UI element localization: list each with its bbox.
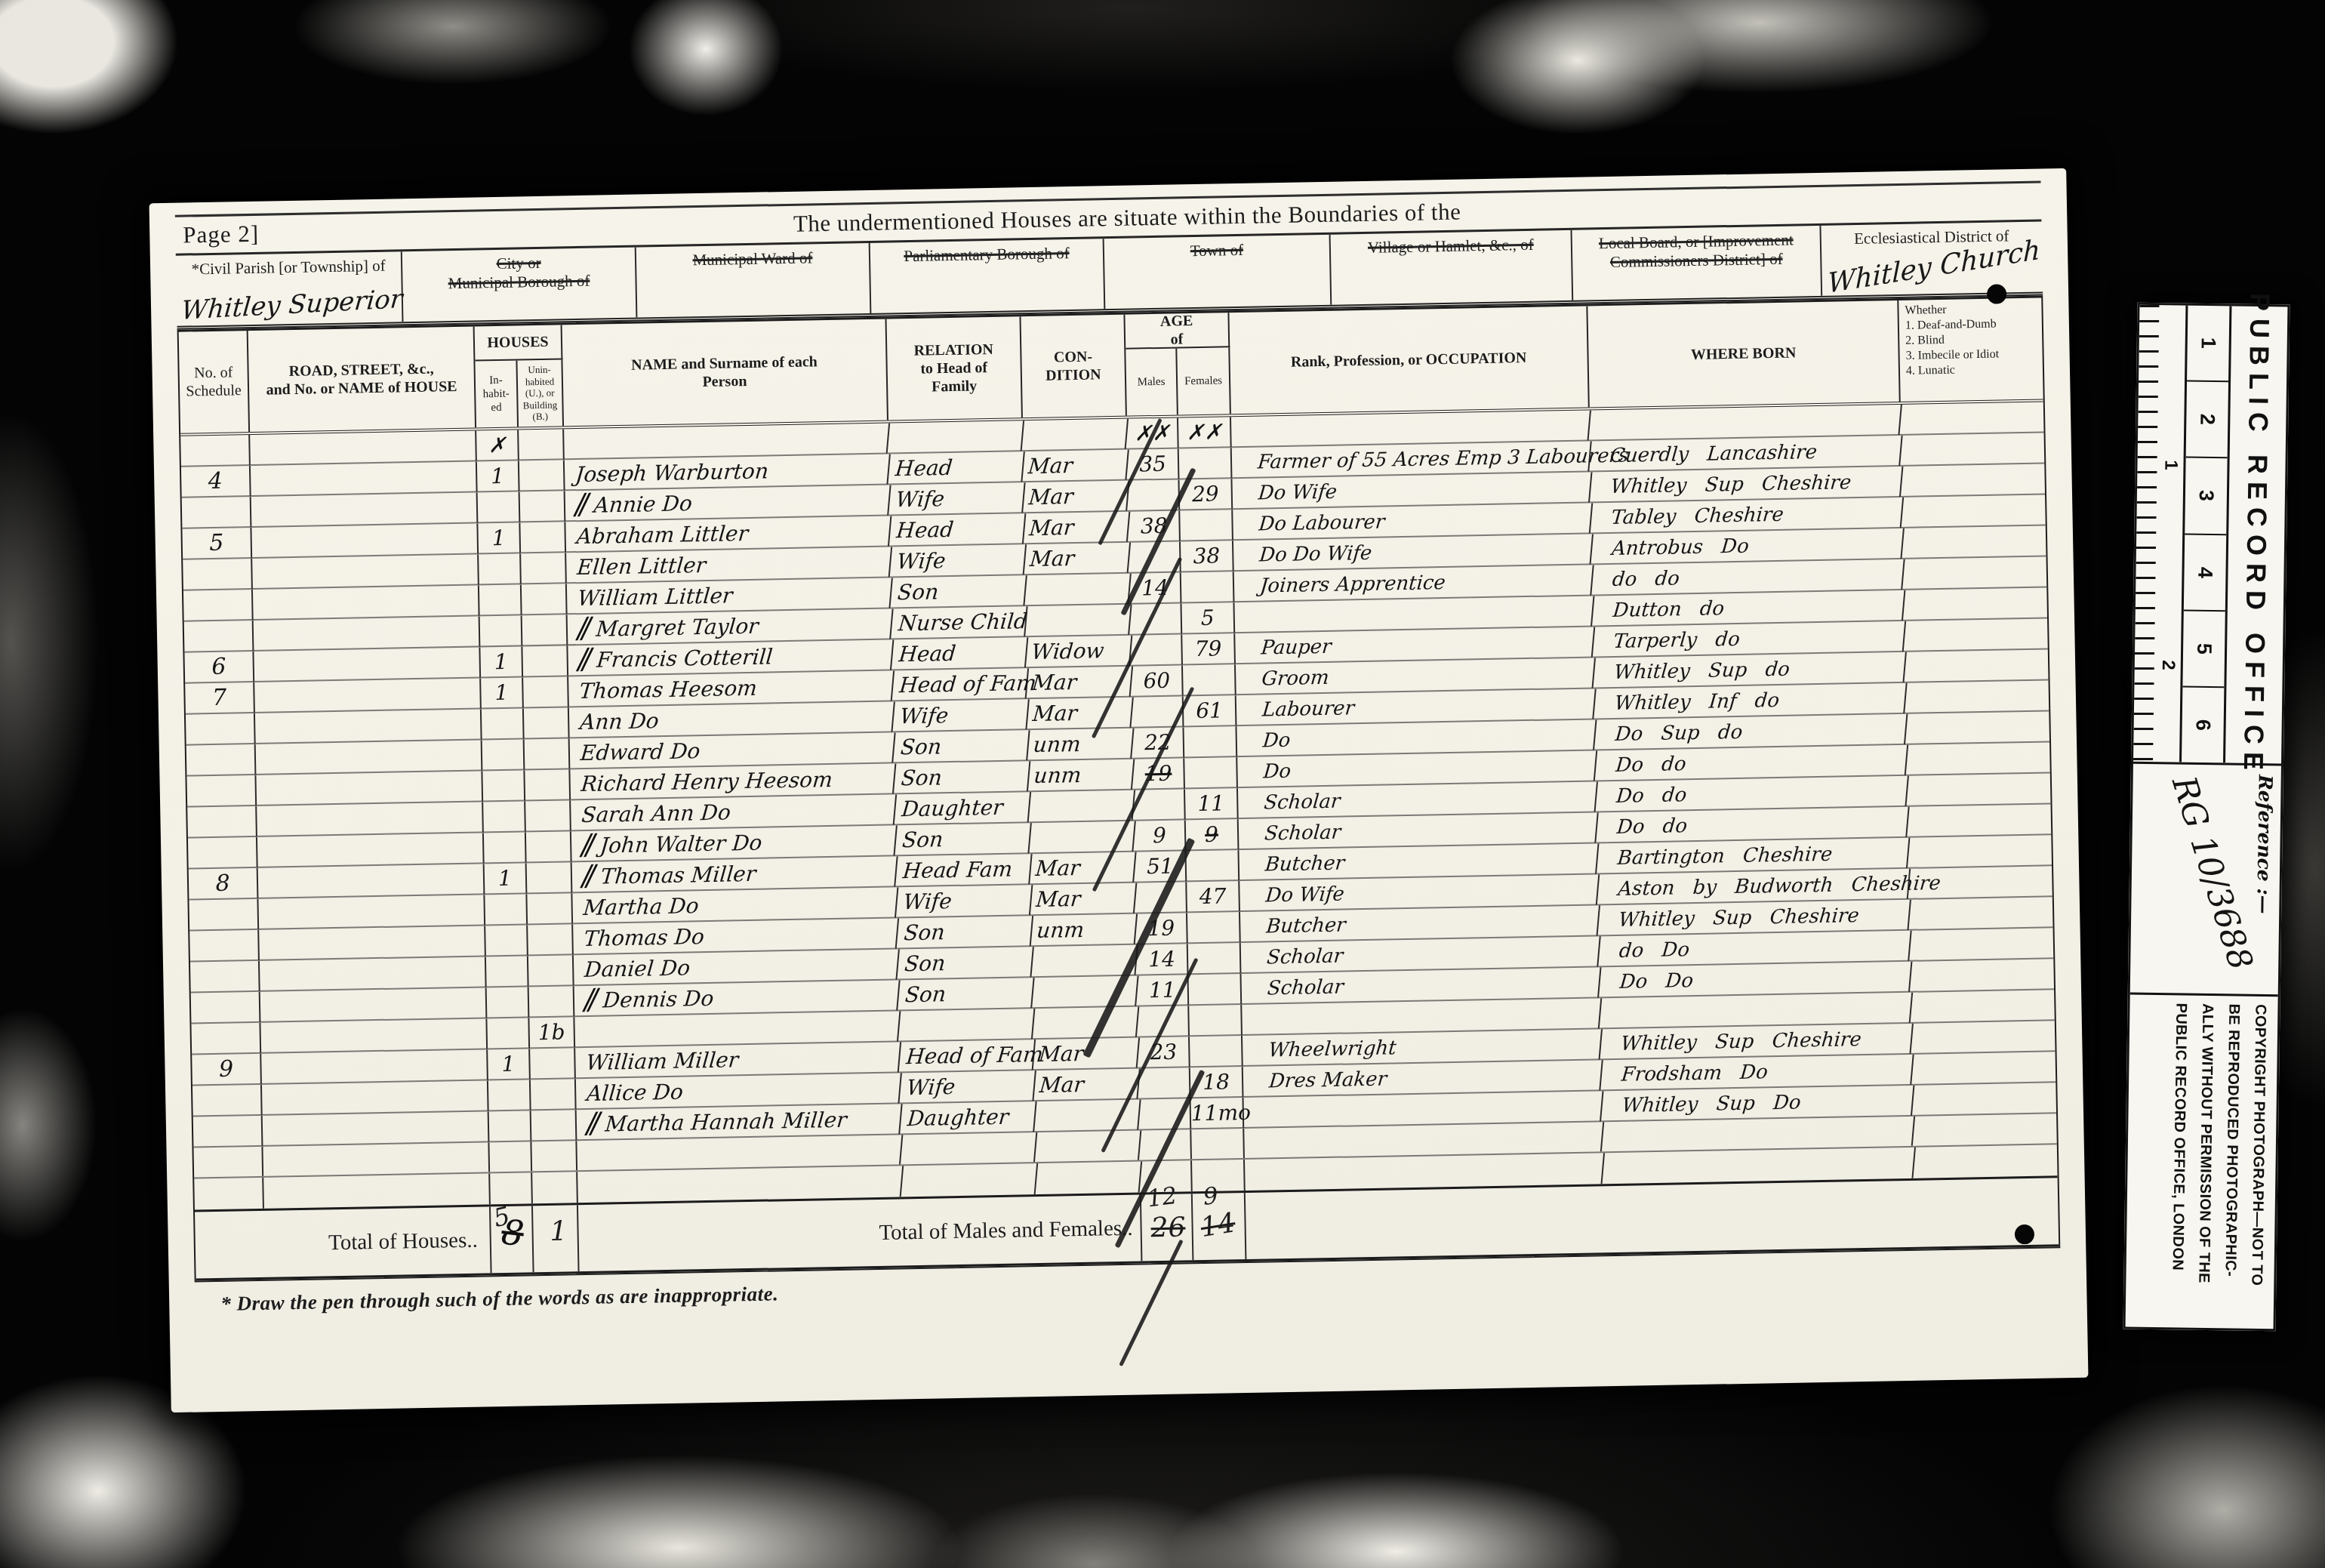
cell-uninhabited (522, 645, 568, 676)
cell-disabilities (1914, 1114, 2057, 1145)
col-schedule-header: No. of Schedule (179, 331, 250, 433)
cell-uninhabited (529, 986, 575, 1017)
ruler-inch-label: 1 (2160, 460, 2181, 470)
stamp-reference-box: Reference :— RG 10/3688 (2130, 764, 2281, 997)
cell-inhabited (482, 770, 525, 801)
cell-relation: Head Fam (895, 854, 1032, 886)
cell-uninhabited (525, 769, 571, 800)
cell-uninhabited (531, 1110, 577, 1141)
cell-name (563, 423, 890, 459)
total-males-females-label: Total of Males and Females.. (578, 1195, 1142, 1272)
cell-schedule (189, 899, 259, 931)
cell-schedule: 6 (184, 652, 254, 683)
cell-inhabited (478, 491, 521, 522)
cell-name: Annie Do (564, 485, 891, 521)
cell-disabilities (1908, 804, 2052, 836)
cell-schedule (191, 992, 261, 1024)
col-condition-header: CON- DITION (1021, 315, 1126, 418)
public-record-office-stamp: 1 2 1 2 3 4 5 6 PUBLIC RECORD OFFICE Ref… (2123, 303, 2290, 1332)
ruler-number: 2 (2186, 382, 2228, 459)
cell-relation: Wife (896, 885, 1033, 917)
cell-disabilities (1906, 680, 2049, 713)
cell-age-female (1180, 510, 1233, 541)
total-houses-label: Total of Houses.. (195, 1206, 492, 1278)
cell-schedule (193, 1116, 263, 1148)
cell-relation (888, 420, 1024, 453)
cell-road (254, 616, 481, 650)
cell-where-born: do Do (1598, 931, 1911, 967)
cell-disabilities (1909, 866, 2052, 898)
cell-schedule (184, 621, 254, 652)
table-body: ✗ ✗✗ ✗✗ 4 1 Joseph Warburton Head Mar 35… (180, 402, 2057, 1209)
cell-where-born: Whitley Sup do (1594, 652, 1907, 689)
cell-relation: Head of Fam (899, 1040, 1036, 1072)
cell-condition: Mar (1033, 1069, 1140, 1101)
cell-uninhabited (523, 676, 569, 707)
cell-relation: Wife (890, 544, 1027, 577)
cell-where-born: Do Do (1599, 962, 1912, 998)
reference-label: Reference :— (2253, 775, 2277, 914)
ruler-number: 4 (2184, 534, 2226, 611)
cell-age-male: 60 (1132, 665, 1184, 696)
cell-road (254, 678, 482, 712)
cell-name: Sarah Ann Do (570, 794, 897, 830)
cell-inhabited: ✗ (476, 430, 519, 461)
cell-road (256, 771, 483, 805)
cell-uninhabited (526, 831, 572, 862)
cell-inhabited (484, 832, 527, 863)
cell-disabilities (1907, 742, 2050, 775)
ruler-inch-label: 2 (2157, 660, 2179, 670)
cell-age-female: 79 (1182, 633, 1236, 664)
cell-age-female (1189, 1005, 1243, 1036)
cell-relation: Daughter (895, 792, 1031, 824)
cell-age-female (1181, 571, 1235, 602)
cell-road (259, 926, 486, 960)
cell-schedule (189, 930, 260, 962)
cell-relation: Head (892, 637, 1028, 670)
col-disabilities-header: Whether 1. Deaf-and-Dumb 2. Blind 3. Imb… (1898, 297, 2043, 401)
cell-name: Ann Do (568, 701, 895, 738)
cell-inhabited (483, 801, 526, 832)
cell-inhabited (485, 925, 528, 956)
cell-road (250, 431, 477, 465)
cell-relation: Head of Fam (892, 668, 1029, 701)
ruler-ticks: 1 2 (2133, 305, 2188, 762)
cell-relation: Nurse Child (891, 606, 1027, 639)
cell-schedule: 9 (192, 1054, 262, 1086)
total-males: 12 26 (1141, 1194, 1194, 1261)
cell-age-female (1187, 912, 1241, 943)
total-uninhabited-value: 1 (550, 1215, 568, 1246)
cell-where-born: Whitley Sup Do (1601, 1086, 1914, 1122)
col-occupation-header: Rank, Profession, or OCCUPATION (1229, 307, 1589, 414)
cell-schedule (186, 713, 256, 745)
cell-where-born: do do (1591, 559, 1905, 596)
cell-road (263, 1111, 490, 1145)
cell-relation: Son (895, 823, 1031, 855)
header-spacer (1905, 201, 2041, 203)
cell-disabilities (1905, 649, 2049, 682)
cell-inhabited (482, 739, 525, 770)
cell-disabilities (1902, 464, 2045, 496)
cell-inhabited (479, 553, 522, 584)
cell-relation: Son (890, 575, 1027, 608)
cell-name: John Walter Do (571, 825, 898, 861)
copyright-line: COPYRIGHT PHOTOGRAPH—NOT TO (2243, 1004, 2274, 1321)
cell-road (261, 1049, 488, 1083)
cell-uninhabited (524, 707, 570, 738)
cell-inhabited (490, 1172, 533, 1204)
ruler-number: 6 (2182, 687, 2224, 762)
cell-where-born: Whitley Inf do (1594, 683, 1907, 719)
cell-inhabited: 1 (485, 863, 528, 894)
cell-relation (901, 1163, 1039, 1197)
cell-age-male: 19 (1133, 758, 1185, 789)
cell-road (256, 740, 483, 774)
cell-age-female: 38 (1181, 541, 1234, 571)
cell-relation: Daughter (900, 1101, 1036, 1134)
cell-uninhabited (531, 1141, 577, 1171)
cell-road (260, 957, 487, 990)
cell-disabilities (1913, 1083, 2056, 1115)
cell-road (251, 523, 479, 557)
cell-relation: Wife (899, 1070, 1036, 1103)
cell-name: Margret Taylor (566, 608, 893, 645)
cell-where-born: Cuerdly Lancashire (1589, 436, 1902, 472)
cell-name: Thomas Heesom (568, 670, 895, 707)
cell-schedule (180, 435, 251, 467)
cell-condition (1022, 419, 1129, 451)
cell-name: Thomas Miller (571, 856, 898, 892)
cell-name: Abraham Littler (565, 516, 892, 552)
cell-uninhabited (525, 738, 571, 769)
cell-inhabited (480, 615, 523, 646)
cell-occupation (1243, 1122, 1604, 1158)
cell-name: Edward Do (568, 732, 895, 769)
cell-relation: Son (897, 916, 1033, 948)
cell-age-female (1192, 1160, 1246, 1191)
cell-name: Martha Do (571, 887, 898, 923)
cell-schedule: 7 (185, 682, 255, 714)
cell-name (576, 1135, 903, 1170)
cell-where-born: Whitley Sup Cheshire (1590, 467, 1903, 503)
cell-road (260, 1018, 488, 1052)
cell-relation: Son (893, 730, 1030, 762)
cell-schedule (194, 1178, 264, 1210)
cell-age-female (1188, 974, 1242, 1005)
cell-where-born (1600, 993, 1913, 1029)
cell-disabilities (1903, 525, 2046, 558)
cell-where-born: Tarperly do (1593, 621, 1906, 658)
ruler-number: 1 (2187, 306, 2229, 383)
cell-road (251, 492, 479, 526)
cell-condition (1025, 605, 1132, 637)
cell-age-female (1184, 757, 1238, 788)
cell-disabilities (1902, 433, 2045, 465)
cell-uninhabited (522, 584, 568, 615)
cell-road (257, 833, 485, 867)
cell-age-female (1179, 448, 1233, 479)
stamp-ruler: 1 2 1 2 3 4 5 6 PUBLIC RECORD OFFICE (2133, 305, 2287, 766)
cell-relation: Son (897, 947, 1033, 979)
cell-name: Ellen Littler (565, 547, 892, 583)
census-table: No. of Schedule ROAD, STREET, &c., and N… (177, 295, 2061, 1282)
cell-age-female (1190, 1036, 1243, 1067)
cell-age-female (1191, 1129, 1245, 1159)
totals-empty (1246, 1178, 2059, 1259)
cell-name: Martha Hannah Miller (575, 1104, 902, 1140)
town-label: Town of (1190, 241, 1244, 260)
cell-schedule: 4 (181, 466, 251, 498)
cell-inhabited (486, 956, 529, 987)
cell-uninhabited (532, 1172, 578, 1203)
cell-relation: Wife (892, 699, 1029, 732)
cell-uninhabited (520, 491, 566, 522)
cell-where-born: Whitley Sup Cheshire (1600, 1024, 1914, 1060)
cell-road (260, 987, 488, 1021)
cell-where-born: Frodsham Do (1600, 1055, 1914, 1091)
copyright-line: PUBLIC RECORD OFFICE, LONDON (2163, 1003, 2194, 1320)
cell-schedule (183, 590, 254, 621)
cell-disabilities (1914, 1144, 2058, 1178)
cell-schedule (182, 497, 252, 528)
page-number: Page 2] (175, 219, 350, 249)
cell-road (253, 585, 480, 619)
cell-schedule (183, 559, 253, 590)
census-page: Page 2] The undermentioned Houses are si… (149, 168, 2089, 1412)
cell-disabilities (1904, 587, 2047, 620)
cell-schedule: 8 (189, 868, 259, 900)
cell-condition: Mar (1030, 852, 1136, 885)
cell-age-male: 9 (1135, 820, 1187, 851)
cell-inhabited (489, 1141, 532, 1172)
field-municipal-ward: Municipal Ward of (636, 243, 872, 318)
village-hamlet-label: Village or Hamlet, &c., of (1368, 236, 1534, 257)
cell-inhabited (482, 708, 525, 739)
cell-condition (1029, 790, 1135, 823)
cell-where-born (1602, 1117, 1915, 1152)
ruler-number: 3 (2185, 458, 2227, 535)
cell-inhabited (489, 1111, 532, 1141)
cell-name: Francis Cotterill (567, 639, 894, 676)
cell-name: Thomas Do (572, 918, 899, 954)
cell-inhabited (488, 1080, 531, 1111)
cell-condition: Mar (1024, 543, 1131, 575)
cell-where-born: Dutton do (1592, 590, 1905, 627)
cell-uninhabited: 1b (529, 1017, 575, 1048)
cell-disabilities (1906, 711, 2049, 744)
cell-name: Dennis Do (573, 980, 900, 1016)
cell-uninhabited (519, 429, 565, 460)
cell-relation: Head (888, 451, 1024, 484)
cell-age-female (1184, 726, 1237, 757)
cell-age-female: 47 (1187, 881, 1240, 912)
cell-inhabited (487, 1018, 530, 1049)
cell-name: William Miller (574, 1042, 901, 1078)
cell-condition: unm (1027, 729, 1134, 761)
cell-condition (1033, 1007, 1139, 1040)
cell-schedule (187, 806, 257, 838)
civil-parish-label: *Civil Parish [or Township] of (191, 257, 386, 279)
col-road-header: ROAD, STREET, &c., and No. or NAME of HO… (248, 327, 476, 432)
col-females-header: Females (1177, 347, 1231, 414)
cell-where-born: Aston by Budworth Cheshire (1597, 869, 1911, 905)
cell-name (574, 1011, 901, 1047)
cell-disabilities (1902, 494, 2046, 527)
cell-road (254, 647, 481, 681)
field-town: Town of (1104, 235, 1332, 309)
cell-road (251, 462, 478, 496)
local-board-label: Local Board, or [Improvement Commissione… (1599, 231, 1794, 272)
ruler-number-boxes: 1 2 3 4 5 6 (2182, 306, 2231, 763)
cell-condition: Mar (1030, 883, 1137, 916)
col-age-header: AGE of (1125, 313, 1230, 350)
field-local-board: Local Board, or [Improvement Commissione… (1572, 226, 1823, 300)
total-houses-value: 5 (491, 1200, 513, 1233)
total-males-value: 12 (1146, 1182, 1179, 1213)
cell-schedule (191, 1023, 261, 1055)
cell-name: Daniel Do (573, 949, 900, 985)
cell-schedule (190, 961, 260, 993)
cell-disabilities (1908, 773, 2051, 806)
col-name-header: NAME and Surname of each Person (562, 319, 888, 427)
field-village-hamlet: Village or Hamlet, &c., of (1331, 230, 1574, 305)
cell-disabilities (1901, 402, 2044, 434)
copyright-line: ALLY WITHOUT PERMISSION OF THE (2190, 1003, 2221, 1320)
cell-schedule (186, 775, 257, 807)
cell-inhabited: 1 (481, 677, 524, 708)
field-ecclesiastical-district: Ecclesiastical District of Whitley Churc… (1821, 221, 2043, 295)
cell-age-female: 61 (1184, 695, 1237, 726)
cell-uninhabited (530, 1048, 576, 1079)
cell-where-born: Do do (1596, 807, 1909, 843)
total-females: 9 14 (1193, 1193, 1247, 1260)
cell-relation: Wife (888, 482, 1025, 515)
municipal-ward-label: Municipal Ward of (692, 248, 812, 269)
col-whereborn-header: WHERE BORN (1587, 300, 1900, 408)
field-parliamentary-borough: Parliamentary Borough of (870, 239, 1106, 313)
cell-uninhabited (528, 955, 574, 986)
cell-uninhabited (531, 1079, 577, 1110)
copyright-line: BE REPRODUCED PHOTOGRAPHIC- (2216, 1003, 2247, 1320)
cell-road (258, 864, 485, 898)
cell-where-born: Do Sup do (1594, 714, 1908, 750)
cell-age-female: ✗✗ (1178, 417, 1232, 448)
cell-relation: Head (889, 513, 1026, 546)
cell-inhabited (487, 987, 530, 1018)
cell-age-female (1186, 850, 1239, 881)
cell-uninhabited (525, 800, 571, 831)
cell-road (258, 895, 485, 929)
cell-uninhabited (528, 924, 574, 955)
cell-road (263, 1173, 491, 1208)
cell-inhabited: 1 (488, 1049, 531, 1080)
cell-condition (1024, 574, 1131, 606)
cell-schedule (186, 744, 257, 776)
cell-relation: Son (894, 761, 1030, 793)
cell-schedule (188, 837, 258, 869)
col-houses-header: HOUSES (475, 325, 563, 361)
col-inhabited-header: In- habit- ed (475, 361, 519, 428)
cell-uninhabited (519, 460, 565, 491)
field-civil-parish: *Civil Parish [or Township] of Whitley S… (176, 251, 404, 325)
cell-age-female: 11mo (1190, 1098, 1244, 1129)
cell-inhabited: 1 (477, 461, 520, 491)
cell-condition (1035, 1131, 1141, 1163)
cell-disabilities (1911, 990, 2055, 1022)
cell-age-female: 9 (1186, 819, 1239, 850)
cell-disabilities (1910, 897, 2053, 929)
cell-condition: Mar (1022, 450, 1129, 482)
cell-where-born: Whitley Sup Cheshire (1598, 900, 1911, 936)
cell-age-male: 14 (1137, 944, 1189, 975)
cell-condition: Widow (1026, 636, 1132, 668)
cell-inhabited: 1 (480, 646, 523, 677)
total-houses-inhabited: 8 5 (491, 1206, 534, 1273)
cell-condition: unm (1028, 759, 1135, 792)
total-females-struck-value: 14 (1199, 1207, 1238, 1243)
cell-where-born (1603, 1148, 1916, 1184)
cell-road (262, 1080, 489, 1114)
cell-where-born (1589, 405, 1902, 441)
cell-where-born: Do do (1595, 745, 1908, 781)
col-males-header: Males (1126, 348, 1178, 415)
total-females-value: 9 (1202, 1182, 1219, 1211)
cell-disabilities (1908, 835, 2052, 867)
city-borough-label: City or Municipal Borough of (448, 254, 590, 292)
cell-age-female: 5 (1181, 602, 1235, 633)
cell-condition: unm (1031, 914, 1138, 947)
cell-disabilities (1913, 1052, 2056, 1084)
cell-age-female: 11 (1185, 788, 1239, 819)
cell-name: Allice Do (575, 1073, 902, 1109)
cell-occupation (1244, 1153, 1605, 1191)
cell-uninhabited (527, 862, 573, 893)
cell-condition: Mar (1027, 698, 1133, 730)
cell-where-born: Antrobus Do (1591, 528, 1905, 565)
cell-schedule (192, 1085, 263, 1117)
col-uninhabited-header: Unin- habited (U.), or Building (B.) (517, 359, 564, 427)
cell-condition: Mar (1023, 481, 1129, 513)
cell-disabilities (1912, 1021, 2056, 1053)
civil-parish-value: Whitley Superior (180, 284, 403, 327)
cell-name: Richard Henry Heesom (569, 763, 896, 799)
total-houses-uninhabited: 1 (533, 1205, 580, 1272)
stamp-title: PUBLIC RECORD OFFICE (2225, 306, 2287, 763)
cell-schedule (193, 1147, 263, 1178)
cell-uninhabited (527, 893, 573, 924)
cell-where-born: Do do (1596, 776, 1909, 812)
cell-name: Joseph Warburton (563, 454, 890, 490)
cell-where-born: Bartington Cheshire (1597, 838, 1910, 874)
cell-uninhabited (521, 553, 567, 584)
cell-road (257, 802, 484, 836)
cell-relation (901, 1132, 1037, 1164)
cell-inhabited (485, 894, 528, 925)
col-relation-header: RELATION to Head of Family (887, 316, 1023, 420)
cell-road (255, 709, 482, 743)
cell-relation: Son (898, 978, 1034, 1010)
cell-where-born: Tabley Cheshire (1591, 498, 1904, 534)
cell-inhabited: 1 (478, 522, 521, 553)
cell-road (252, 554, 479, 588)
field-city-borough: City or Municipal Borough of (402, 248, 638, 322)
cell-uninhabited (522, 615, 568, 645)
cell-disabilities (1911, 928, 2054, 960)
cell-disabilities (1911, 959, 2054, 991)
cell-name (577, 1166, 904, 1203)
